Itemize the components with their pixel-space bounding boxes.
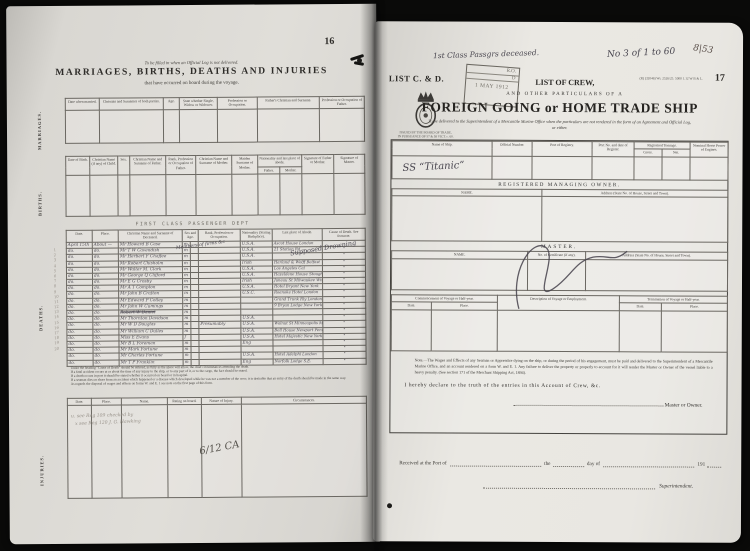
received-prefix: Received at the Port of — [399, 460, 447, 466]
births-subheader-mother: Mother. — [280, 167, 302, 175]
births-empty-row — [66, 174, 365, 217]
marriages-header: Age. — [163, 98, 179, 110]
deaths-footnotes: Under the heading "Cause of Death" shoul… — [71, 364, 363, 386]
received-year: 191 — [697, 462, 705, 468]
voyage-table: Commencement of Voyage or Half-year. Des… — [391, 294, 728, 352]
month-blank — [603, 460, 694, 467]
binding-hole — [357, 58, 362, 63]
injuries-empty-row — [67, 404, 367, 499]
deaths-header: Rank, Profession or Occupation. — [198, 229, 240, 241]
issued-line-2: IN PURSUANCE OF 57 & 58 VICT. c. 60. — [398, 134, 454, 138]
declaration-text: I hereby declare to the truth of the ent… — [405, 382, 713, 389]
births-header: Sex. — [118, 156, 130, 176]
ship-name-entry: SS “Titanic” — [402, 160, 464, 174]
print-code: (R) (32046) Wt. 2526/25. 5000 1.12 W B &… — [639, 76, 702, 80]
title-foreign-going: FOREIGN GOING or HOME TRADE SHIP — [395, 99, 725, 116]
births-subheader-father: Father. — [258, 167, 280, 175]
deaths-rows: April 15th About — Mr Howard B Case m U.… — [66, 240, 366, 366]
voyage-empty-row — [391, 310, 727, 352]
signature-line — [513, 399, 663, 407]
deaths-row-numbers: 1234567891011121314151617181920 — [54, 248, 60, 352]
births-header: Nationality and last place of abode. — [258, 155, 302, 167]
births-margin-label: BIRTHS. — [37, 164, 42, 216]
tonnage-net-header: Net. — [662, 149, 690, 157]
left-page-title: MARRIAGES, BIRTHS, DEATHS AND INJURIES — [7, 66, 377, 79]
title-list-of-crew: LIST OF CREW, — [485, 78, 645, 88]
deaths-table: Date. Place. Christian Name and Surname … — [66, 228, 367, 367]
marriages-empty-row — [65, 108, 364, 143]
annotation-class-deceased: 1st Class Passgrs deceased. — [433, 48, 539, 60]
ship-header: Port No. and date of Register. — [592, 142, 634, 157]
births-header: Christian Name (if any) of Child. — [90, 156, 118, 176]
deaths-header: Nationality (Stating Birthplace). — [240, 229, 272, 241]
deaths-header: Christian Name and Surname of Deceased. — [118, 230, 182, 242]
annotation-record-number: No 3 of 1 to 60 — [607, 47, 676, 60]
annotation-fraction: 8|53 — [692, 43, 713, 56]
injuries-table: Date. Place. Name. Rating on board. Natu… — [67, 396, 368, 500]
marriages-header: Date when married. — [65, 98, 99, 110]
master-or-owner-label: Master or Owner. — [665, 402, 703, 408]
pencil-row-number: 20 — [54, 346, 60, 352]
owner-table: NAME. Address (State No. of House, Stree… — [391, 188, 728, 243]
tonnage-gross-header: Gross. — [634, 149, 662, 157]
marriages-header: Christian and Surnames of both parties. — [99, 98, 163, 110]
births-header: Maiden Surname of Mother. — [232, 155, 258, 175]
received-day-of: day of — [587, 461, 600, 467]
received-the: the — [544, 461, 550, 467]
issued-by-text: ISSUED BY THE BOARD OF TRADE, IN PURSUAN… — [383, 131, 469, 139]
marriages-table: Date when married. Christian and Surname… — [65, 96, 365, 144]
marriages-margin-label: MARRIAGES. — [37, 106, 42, 150]
deaths-header: Sex and Age. — [182, 229, 198, 241]
title-other-particulars: AND OTHER PARTICULARS OF A — [445, 92, 685, 98]
left-page: 16 To be filled in when an Official Log … — [6, 4, 380, 545]
left-page-subtitle: that have occurred on board during the v… — [7, 80, 377, 88]
births-header: Date of Birth. — [66, 156, 90, 176]
received-line: Received at the Port of the day of 191 — [399, 459, 721, 467]
births-header: Rank, Profession or Occupation of Father… — [166, 155, 196, 175]
deaths-header: Date. — [66, 230, 92, 242]
marriages-header: Profession or Occupation of Father. — [319, 96, 364, 108]
ship-header: Name of Ship. — [392, 141, 492, 156]
ship-header: Nominal Horse Power of Engines. — [690, 142, 728, 157]
right-page: 1st Class Passgrs deceased. No 3 of 1 to… — [373, 21, 743, 543]
ship-table: Name of Ship. Official Number. Port of R… — [391, 140, 728, 180]
voyage-date-header: Date. — [391, 302, 431, 310]
marriages-header: State whether Single, Widow or Widower. — [179, 97, 217, 109]
list-cd-label: LIST C. & D. — [389, 73, 444, 83]
master-empty-row — [391, 259, 727, 291]
superintendent-line: Superintendent. — [483, 482, 693, 490]
births-table: Date of Birth. Christian Name (if any) o… — [65, 154, 365, 218]
delivery-subtitle: To be delivered to the Superintendent of… — [427, 118, 693, 131]
injuries-header: Date. — [67, 398, 91, 406]
scanned-register-spread: { "left_page": { "page_number": "16", "i… — [0, 0, 750, 551]
births-header: Signature of Master. — [334, 154, 365, 174]
deaths-header: Cause of Death. See footnote. — [322, 228, 365, 240]
day-blank — [553, 460, 583, 467]
voyage-description-header: Description of Voyage or Employment. — [497, 295, 619, 311]
ship-header: Port of Registry. — [532, 141, 592, 156]
footnote: As regards the disposal of wages and eff… — [71, 380, 363, 386]
ship-header: Official Number. — [492, 141, 532, 156]
deaths-margin-label: DEATHS. — [38, 271, 43, 331]
deaths-header: Last place of Abode. — [272, 229, 322, 241]
births-header: Signature of Father or Mother. — [302, 155, 334, 175]
year-blank — [707, 461, 721, 468]
marriages-header: Profession or Occupation. — [217, 97, 257, 109]
marriages-header: Father's Christian and Surname. — [257, 97, 319, 109]
crew-form-box: Name of Ship. Official Number. Port of R… — [389, 139, 728, 434]
master-table: NAME. No. of Certificate (if any). Addre… — [391, 251, 728, 292]
injuries-margin-label: INJURIES. — [39, 436, 44, 486]
right-page-number: 17 — [715, 73, 725, 84]
births-header: Christian Name and Surname of Mother. — [196, 155, 232, 175]
owner-empty-row — [392, 196, 728, 242]
superintendent-label: Superintendent. — [659, 483, 693, 489]
superintendent-blank — [483, 482, 655, 490]
deaths-header: Place. — [92, 230, 118, 242]
left-page-number: 16 — [324, 36, 334, 47]
births-header: Christian Name and Surname of Father. — [130, 156, 166, 176]
wages-note: Note.—The Wages and Effects of any Seama… — [415, 357, 713, 376]
punch-hole — [387, 503, 392, 508]
port-blank — [450, 460, 541, 467]
